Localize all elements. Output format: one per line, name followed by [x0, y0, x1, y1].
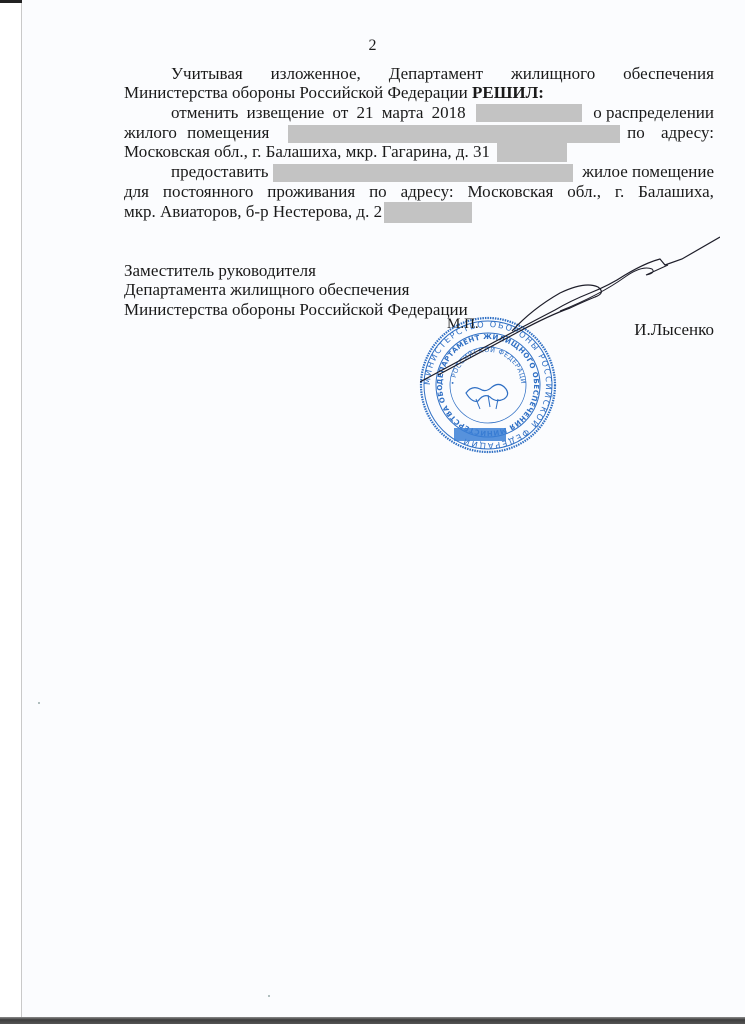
word: жилищного — [511, 64, 595, 83]
paragraph-2-line-2-left: жилого помещения — [124, 123, 269, 142]
paragraph-2-line-1-left: отменить извещение от 21 марта 2018 — [171, 103, 466, 122]
word: Департамент — [389, 64, 483, 83]
paragraph-1-line-2: Министерства обороны Российской Федераци… — [124, 83, 544, 102]
paragraph-3-line-1-left: предоставить — [171, 162, 269, 181]
paragraph-text: Министерства обороны Российской Федераци… — [124, 83, 472, 102]
word: изложенное, — [271, 64, 361, 83]
word: г. — [615, 182, 624, 201]
decision-heading: РЕШИЛ: — [472, 83, 544, 102]
word: проживания — [267, 182, 355, 201]
signatory-position-line-3: Министерства обороны Российской Федераци… — [124, 300, 468, 319]
redaction-box — [384, 202, 472, 223]
redaction-box — [288, 125, 620, 143]
redaction-box — [497, 141, 567, 162]
word: для — [124, 182, 149, 201]
word: по — [369, 182, 387, 201]
signatory-position-line-2: Департамента жилищного обеспечения — [124, 280, 409, 299]
word: обеспечения — [623, 64, 714, 83]
scan-bottom-edge — [0, 1017, 745, 1024]
scan-speck — [268, 995, 270, 997]
paragraph-3-line-2: для постоянного проживания по адресу: Мо… — [124, 182, 714, 201]
redaction-box — [273, 164, 573, 182]
paragraph-3-line-3: мкр. Авиаторов, б-р Нестерова, д. 2 — [124, 202, 382, 221]
paragraph-2-line-2-right: по адресу: — [624, 123, 714, 142]
word: постоянного — [163, 182, 254, 201]
page-number: 2 — [0, 37, 745, 55]
signatory-position-line-1: Заместитель руководителя — [124, 261, 316, 280]
redaction-box — [476, 104, 582, 122]
word: обл., — [567, 182, 601, 201]
scan-speck — [38, 702, 40, 704]
scan-left-margin — [0, 0, 22, 1018]
word: адресу: — [401, 182, 454, 201]
paragraph-1-line-1: Учитывая изложенное, Департамент жилищно… — [171, 64, 714, 83]
word: Учитывая — [171, 64, 243, 83]
word: Балашиха, — [638, 182, 714, 201]
paragraph-3-line-1-right: жилое помещение — [580, 162, 714, 181]
scan-edge-mark — [0, 0, 22, 3]
paragraph-2-line-3: Московская обл., г. Балашиха, мкр. Гагар… — [124, 142, 490, 161]
word: Московская — [467, 182, 553, 201]
paragraph-2-line-1-right: о распределении — [589, 103, 714, 122]
handwritten-signature-icon — [420, 235, 720, 385]
